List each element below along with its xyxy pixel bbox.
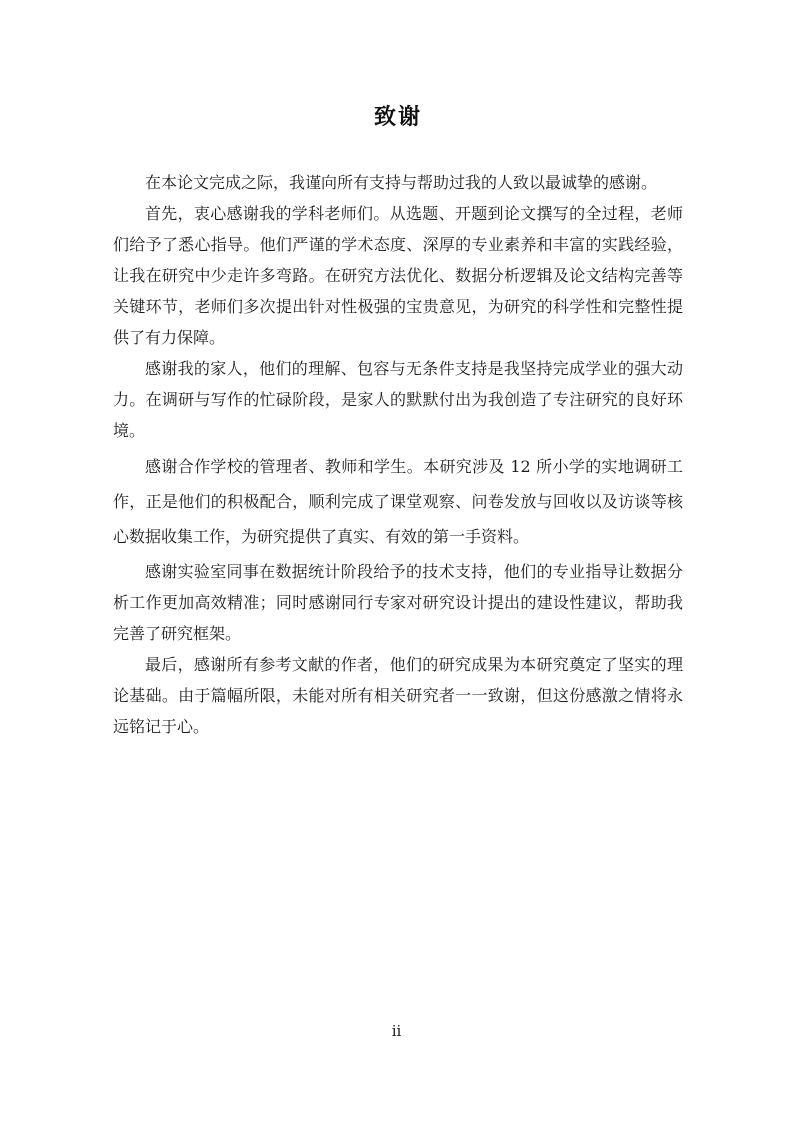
document-page: 致谢 在本论文完成之际，我谨向所有支持与帮助过我的人致以最诚挚的感谢。首先，衷心…: [0, 0, 793, 1122]
paragraph: 感谢实验室同事在数据统计阶段给予的技术支持，他们的专业指导让数据分析工作更加高效…: [113, 556, 683, 649]
paragraph: 在本论文完成之际，我谨向所有支持与帮助过我的人致以最诚挚的感谢。: [113, 167, 683, 198]
paragraph: 感谢我的家人，他们的理解、包容与无条件支持是我坚持完成学业的强大动力。在调研与写…: [113, 353, 683, 446]
paragraph: 最后，感谢所有参考文献的作者，他们的研究成果为本研究奠定了坚实的理论基础。由于篇…: [113, 649, 683, 742]
paragraph: 感谢合作学校的管理者、教师和学生。本研究涉及 12 所小学的实地调研工作，正是他…: [113, 449, 683, 554]
paragraph: 首先，衷心感谢我的学科老师们。从选题、开题到论文撰写的全过程，老师们给予了悉心指…: [113, 198, 683, 353]
acknowledgements-body: 在本论文完成之际，我谨向所有支持与帮助过我的人致以最诚挚的感谢。首先，衷心感谢我…: [113, 167, 683, 742]
acknowledgements-section: 致谢 在本论文完成之际，我谨向所有支持与帮助过我的人致以最诚挚的感谢。首先，衷心…: [113, 100, 683, 742]
page-title: 致谢: [113, 100, 683, 131]
page-number: ii: [0, 1022, 793, 1040]
